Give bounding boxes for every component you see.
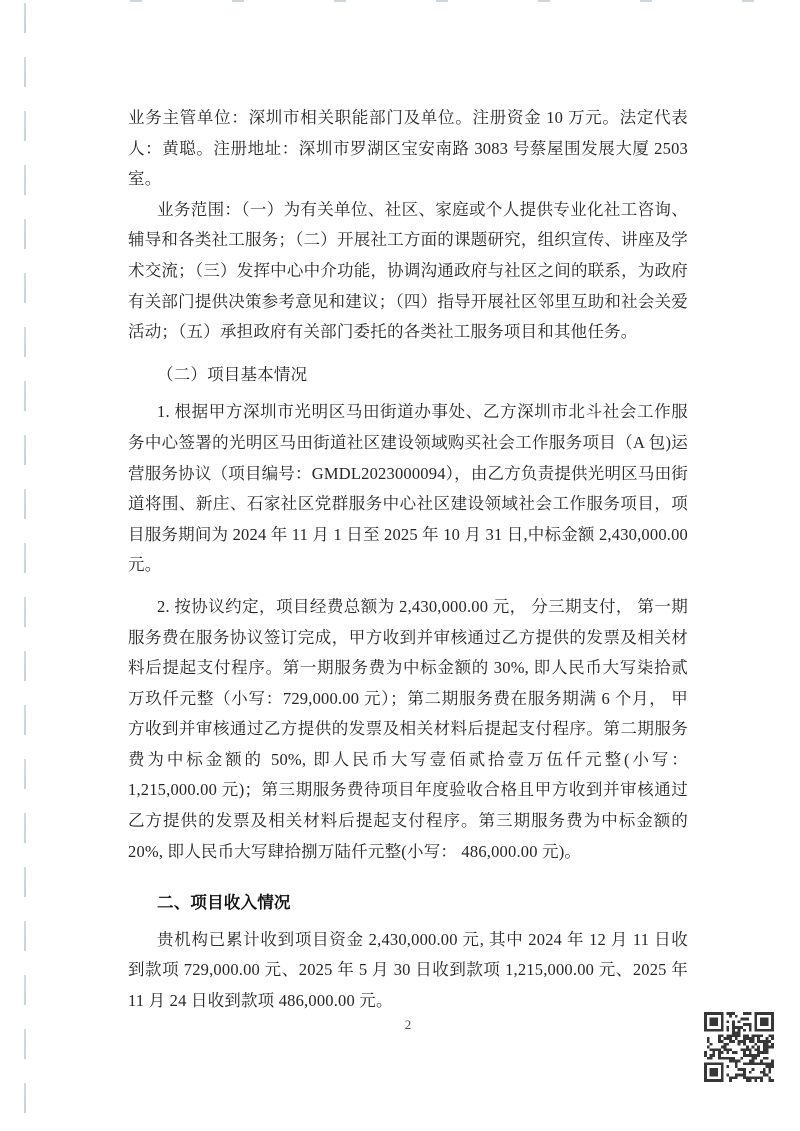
left-edge-scan-marks — [24, 3, 26, 1131]
heading-project-basic-info: （二）项目基本情况 — [128, 360, 688, 391]
document-page: 业务主管单位：深圳市相关职能部门及单位。注册资金 10 万元。法定代表人：黄聪。… — [128, 0, 688, 1017]
paragraph-business-scope: 业务范围：（一）为有关单位、社区、家庭或个人提供专业化社工咨询、辅导和各类社工服… — [128, 195, 688, 348]
heading-project-income: 二、项目收入情况 — [128, 888, 688, 919]
page-number: 2 — [128, 1017, 688, 1033]
paragraph-received-funds: 贵机构已累计收到项目资金 2,430,000.00 元, 其中 2024 年 1… — [128, 925, 688, 1017]
paragraph-supervising-unit: 业务主管单位：深圳市相关职能部门及单位。注册资金 10 万元。法定代表人：黄聪。… — [128, 103, 688, 195]
paragraph-project-agreement: 1. 根据甲方深圳市光明区马田街道办事处、乙方深圳市北斗社会工作服务中心签署的光… — [128, 397, 688, 581]
paragraph-payment-terms: 2. 按协议约定，项目经费总额为 2,430,000.00 元， 分三期支付， … — [128, 592, 688, 867]
qr-code — [704, 1012, 774, 1082]
